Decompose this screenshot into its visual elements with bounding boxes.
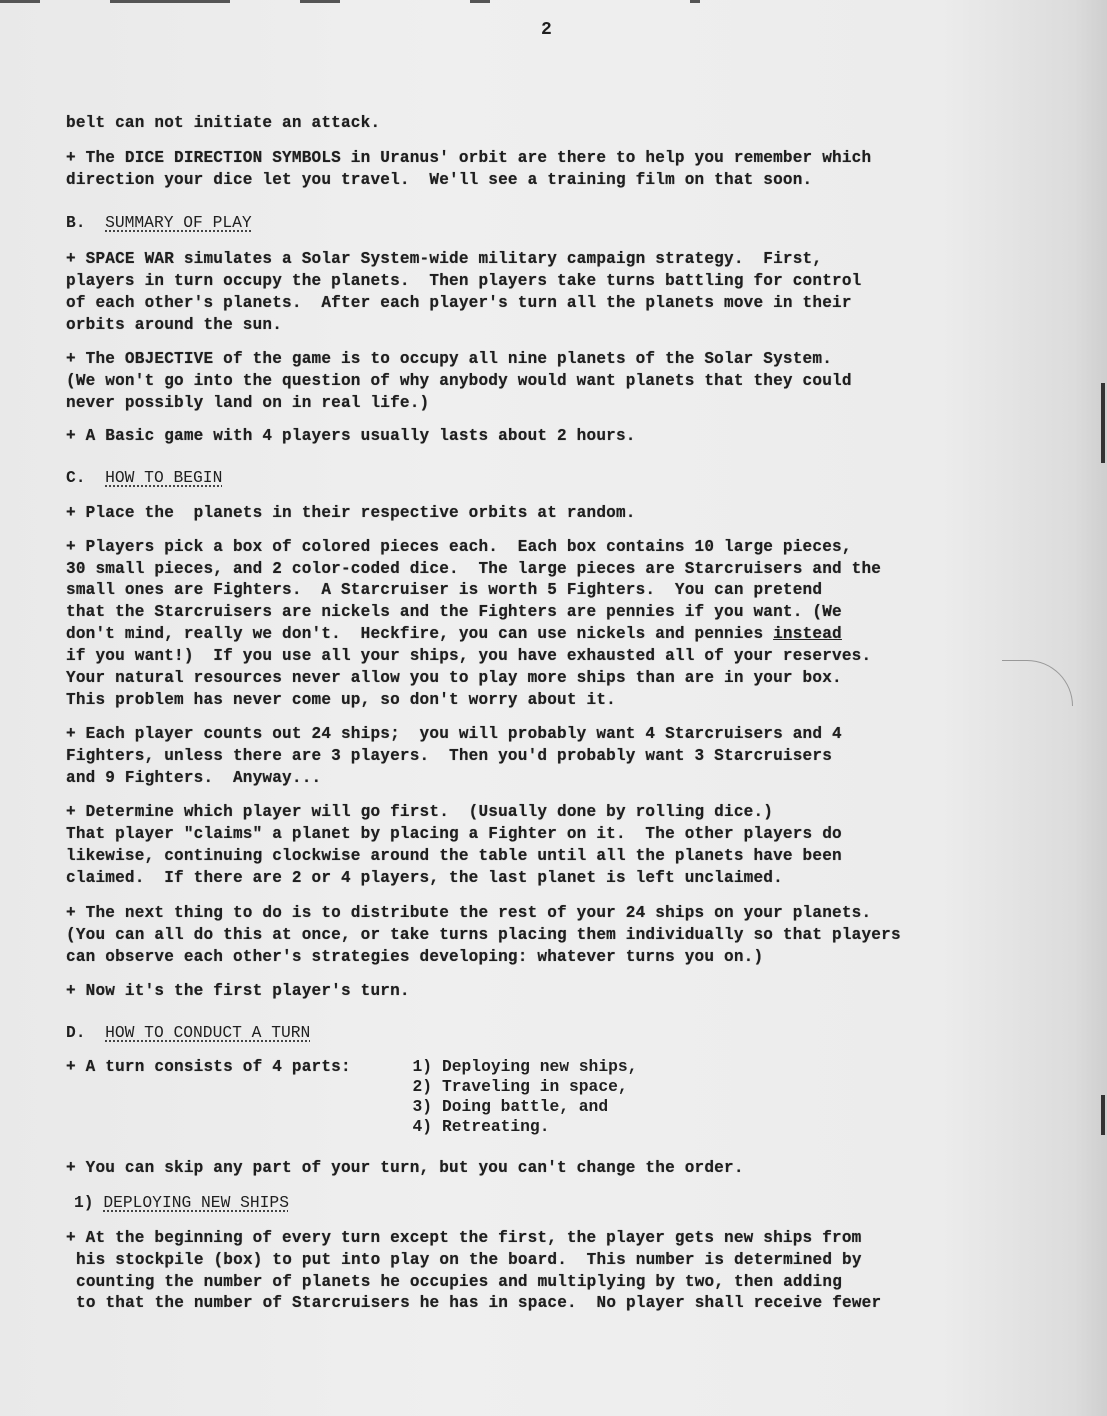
text-line: that the Starcruisers are nickels and th… (66, 602, 842, 621)
text-line: + SPACE WAR simulates a Solar System-wid… (66, 249, 822, 268)
part-number: 3) (412, 1097, 432, 1116)
text-line: counting the number of planets he occupi… (76, 1272, 842, 1291)
text-line: direction your dice let you travel. We'l… (66, 170, 812, 189)
section-letter: B. (66, 213, 86, 232)
text-line: (You can all do this at once, or take tu… (66, 925, 901, 944)
binder-clip-mark (1101, 383, 1105, 463)
text-line: Your natural resources never allow you t… (66, 668, 842, 687)
text-line: likewise, continuing clockwise around th… (66, 846, 842, 865)
part-text: Traveling in space, (442, 1077, 628, 1096)
text-line: Fighters, unless there are 3 players. Th… (66, 746, 832, 765)
text-line: belt can not initiate an attack. (66, 113, 380, 132)
text-line: + A Basic game with 4 players usually la… (66, 426, 636, 445)
subsection-title: DEPLOYING NEW SHIPS (103, 1193, 289, 1212)
subsection-number: 1) (74, 1193, 94, 1212)
text-line: + The OBJECTIVE of the game is to occupy… (66, 349, 832, 368)
binder-clip-mark (1101, 1095, 1105, 1135)
section-title: SUMMARY OF PLAY (105, 213, 252, 232)
section-heading-b: B. SUMMARY OF PLAY (66, 213, 252, 232)
scan-edge-marks (0, 0, 1107, 3)
subsection-heading-1: 1) DEPLOYING NEW SHIPS (74, 1193, 289, 1212)
text-line: + Place the planets in their respective … (66, 503, 636, 522)
part-number: 2) (412, 1077, 432, 1096)
text-line: That player "claims" a planet by placing… (66, 824, 842, 843)
paper-curl-mark (1002, 660, 1073, 706)
section-heading-d: D. HOW TO CONDUCT A TURN (66, 1023, 310, 1042)
text-line: small ones are Fighters. A Starcruiser i… (66, 580, 822, 599)
text-line: + The DICE DIRECTION SYMBOLS in Uranus' … (66, 148, 871, 167)
text-line: and 9 Fighters. Anyway... (66, 768, 321, 787)
text-line: his stockpile (box) to put into play on … (76, 1250, 862, 1269)
document-page: 2 belt can not initiate an attack. + The… (0, 0, 1107, 1416)
turn-intro: + A turn consists of 4 parts: (66, 1057, 351, 1076)
text-line: + Determine which player will go first. … (66, 802, 773, 821)
text-line: players in turn occupy the planets. Then… (66, 271, 861, 290)
text-line: never possibly land on in real life.) (66, 393, 429, 412)
text-line: + The next thing to do is to distribute … (66, 903, 871, 922)
text-line: + Each player counts out 24 ships; you w… (66, 724, 842, 743)
text-line: This problem has never come up, so don't… (66, 690, 616, 709)
text-line: orbits around the sun. (66, 315, 282, 334)
text-line: don't mind, really we don't. Heckfire, y… (66, 624, 842, 643)
section-letter: D. (66, 1023, 86, 1042)
text-line: can observe each other's strategies deve… (66, 947, 763, 966)
part-text: Deploying new ships, (442, 1057, 637, 1076)
text-line: of each other's planets. After each play… (66, 293, 852, 312)
text-line: + Players pick a box of colored pieces e… (66, 537, 852, 556)
section-heading-c: C. HOW TO BEGIN (66, 468, 222, 487)
text-line: (We won't go into the question of why an… (66, 371, 852, 390)
part-number: 1) (412, 1057, 432, 1076)
text-span: don't mind, really we don't. Heckfire, y… (66, 624, 773, 643)
text-line: to that the number of Starcruisers he ha… (76, 1293, 881, 1312)
part-text: Retreating. (442, 1117, 549, 1136)
underlined-word: instead (773, 624, 842, 643)
part-number: 4) (412, 1117, 432, 1136)
page-number: 2 (541, 20, 552, 40)
text-line: + At the beginning of every turn except … (66, 1228, 861, 1247)
text-line: + Now it's the first player's turn. (66, 981, 410, 1000)
section-title: HOW TO BEGIN (105, 468, 222, 487)
text-line: claimed. If there are 2 or 4 players, th… (66, 868, 783, 887)
section-letter: C. (66, 468, 86, 487)
section-title: HOW TO CONDUCT A TURN (105, 1023, 310, 1042)
part-text: Doing battle, and (442, 1097, 608, 1116)
text-line: if you want!) If you use all your ships,… (66, 646, 871, 665)
text-line: 30 small pieces, and 2 color-coded dice.… (66, 559, 881, 578)
text-line: + You can skip any part of your turn, bu… (66, 1158, 744, 1177)
